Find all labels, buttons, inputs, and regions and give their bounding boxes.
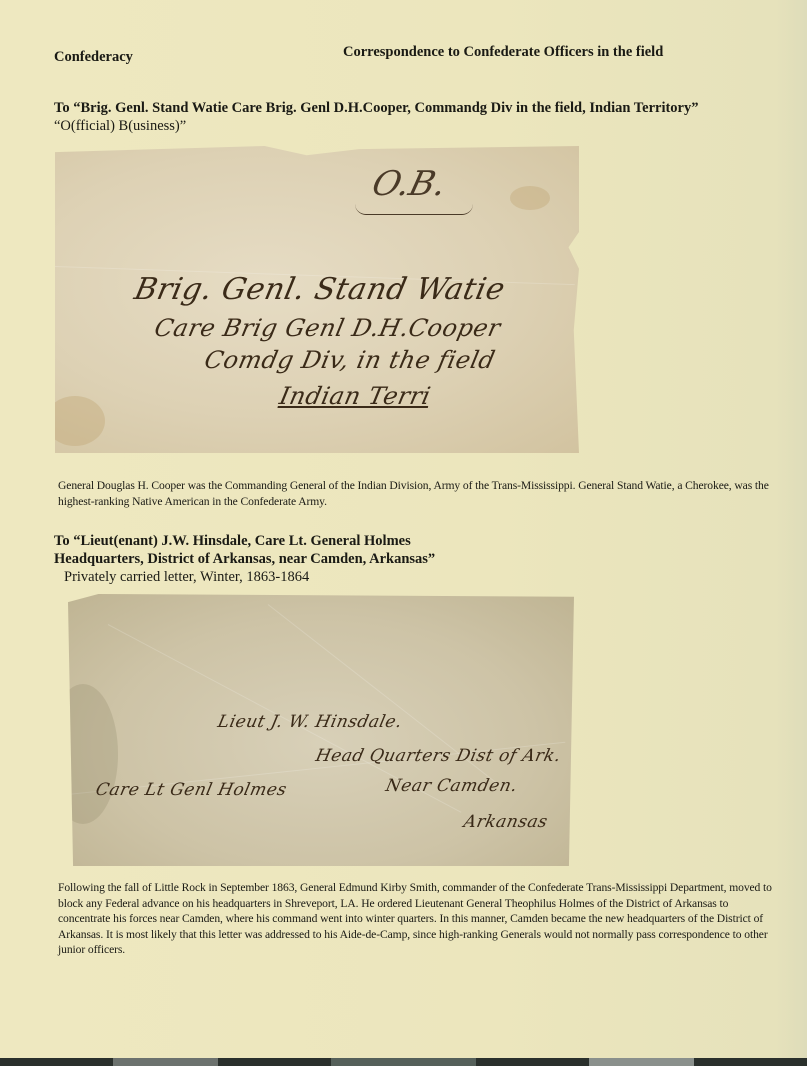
address-line: Near Camden.	[384, 776, 519, 796]
address-line: Comdg Div, in the field	[202, 346, 498, 374]
envelope-hinsdale: Lieut J. W. Hinsdale. Head Quarters Dist…	[68, 594, 574, 866]
address-line: Head Quarters Dist of Ark.	[314, 746, 563, 766]
section1-title: To “Brig. Genl. Stand Watie Care Brig. G…	[54, 99, 744, 135]
address-line: Arkansas	[462, 812, 550, 832]
section2-caption: Following the fall of Little Rock in Sep…	[58, 880, 778, 958]
section2-title: To “Lieut(enant) J.W. Hinsdale, Care Lt.…	[54, 532, 654, 568]
section1-caption: General Douglas H. Cooper was the Comman…	[58, 478, 770, 509]
section1-title-bold: To “Brig. Genl. Stand Watie Care Brig. G…	[54, 100, 699, 116]
ob-underline	[355, 204, 473, 215]
section1-title-normal: “O(fficial) B(usiness)”	[54, 118, 186, 134]
album-page: Confederacy Correspondence to Confederat…	[0, 0, 807, 1058]
section2-subtitle: Privately carried letter, Winter, 1863-1…	[64, 569, 309, 586]
address-line: Indian Terri	[277, 382, 433, 410]
scanner-edge	[0, 1058, 807, 1066]
address-line: Care Brig Genl D.H.Cooper	[152, 314, 503, 342]
care-line: Care Lt Genl Holmes	[94, 780, 289, 800]
header-topic: Correspondence to Confederate Officers i…	[343, 44, 663, 61]
envelope-stand-watie: O.B. Brig. Genl. Stand Watie Care Brig G…	[55, 146, 579, 453]
header-category: Confederacy	[54, 49, 133, 66]
stain	[510, 186, 550, 210]
section2-title-line2: Headquarters, District of Arkansas, near…	[54, 550, 654, 568]
section2-title-line1: To “Lieut(enant) J.W. Hinsdale, Care Lt.…	[54, 532, 654, 550]
address-line: Lieut J. W. Hinsdale.	[216, 712, 404, 732]
stain	[68, 684, 118, 824]
ob-marking: O.B.	[368, 164, 450, 204]
address-line: Brig. Genl. Stand Watie	[131, 272, 508, 307]
stain	[55, 396, 105, 446]
